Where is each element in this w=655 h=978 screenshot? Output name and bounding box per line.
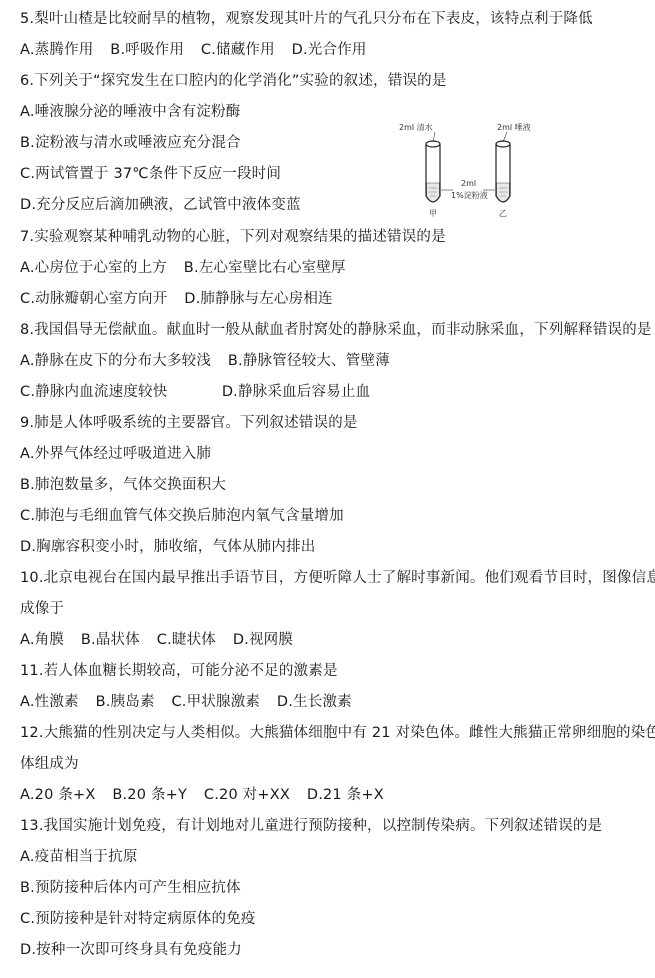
option-d: D.21 条+X [307,786,384,804]
question-10-stem-line1: 10.北京电视台在国内最早推出手语节目，方便听障人士了解时事新闻。他们观看节目时… [20,569,655,587]
label-clear-water: 2ml 清水 [399,122,433,132]
option-d: D.光合作用 [292,41,367,59]
option-b: B.胰岛素 [96,693,155,711]
question-8-options-cd: C.静脉内血流速度较快 D.静脉采血后容易止血 [20,383,382,401]
label-yi: 乙 [499,209,507,218]
option-a: A.角膜 [20,631,64,649]
question-9-option-a: A.外界气体经过呼吸道进入肺 [20,445,211,463]
option-a: A.20 条+X [20,786,96,804]
question-6-stem: 6.下列关于“探究发生在口腔内的化学消化”实验的叙述，错误的是 [20,72,447,90]
test-tube-figure: 2ml 清水 2ml 唾液 2ml 1%淀粉液 甲 乙 [385,118,545,218]
option-d: D.生长激素 [277,693,352,711]
option-c: C.静脉内血流速度较快 [20,383,205,401]
question-7-options-ab: A.心房位于心室的上方 B.左心室壁比右心室壁厚 [20,259,358,277]
question-13-option-c: C.预防接种是针对特定病原体的免疫 [20,910,256,928]
label-starch: 1%淀粉液 [451,190,488,200]
question-6-option-b: B.淀粉液与清水或唾液应充分混合 [20,134,241,152]
question-10-stem-line2: 成像于 [20,600,64,618]
option-b: B.呼吸作用 [110,41,184,59]
question-9-stem: 9.肺是人体呼吸系统的主要器官。下列叙述错误的是 [20,414,358,432]
question-5-stem: 5.梨叶山楂是比较耐旱的植物，观察发现其叶片的气孔只分布在下表皮，该特点利于降低 [20,10,593,28]
question-9-option-c: C.肺泡与毛细血管气体交换后肺泡内氧气含量增加 [20,507,344,525]
question-5-options: A.蒸腾作用 B.呼吸作用 C.储藏作用 D.光合作用 [20,41,379,59]
question-12-stem-line1: 12.大熊猫的性别决定与人类相似。大熊猫体细胞中有 21 对染色体。雌性大熊猫正… [20,724,655,742]
question-11-options: A.性激素 B.胰岛素 C.甲状腺激素 D.生长激素 [20,693,364,711]
label-saliva: 2ml 唾液 [497,122,531,132]
question-9-option-b: B.肺泡数量多，气体交换面积大 [20,476,226,494]
question-12-stem-line2: 体组成为 [20,755,79,773]
option-d: D.静脉采血后容易止血 [222,383,370,401]
question-12-options: A.20 条+X B.20 条+Y C.20 对+XX D.21 条+X [20,786,396,804]
question-9-option-d: D.胸廓容积变小时，肺收缩，气体从肺内排出 [20,538,315,556]
label-jia: 甲 [429,209,437,218]
option-b: B.静脉管径较大、管壁薄 [228,352,390,370]
option-a: A.蒸腾作用 [20,41,93,59]
option-a: A.静脉在皮下的分布大多较浅 [20,352,211,370]
test-tube-jia [426,141,440,202]
question-7-options-cd: C.动脉瓣朝心室方向开 D.肺静脉与左心房相连 [20,290,345,308]
option-b: B.晶状体 [81,631,140,649]
test-tubes-illustration: 2ml 清水 2ml 唾液 2ml 1%淀粉液 甲 乙 [385,118,545,218]
question-6-option-a: A.唾液腺分泌的唾液中含有淀粉酶 [20,103,240,121]
question-6-option-d: D.充分反应后滴加碘液，乙试管中液体变蓝 [20,196,301,214]
question-11-stem: 11.若人体血糖长期较高，可能分泌不足的激素是 [20,662,338,680]
question-13-option-b: B.预防接种后体内可产生相应抗体 [20,879,241,897]
option-b: B.左心室壁比右心室壁厚 [184,259,346,277]
question-13-stem: 13.我国实施计划免疫，有计划地对儿童进行预防接种，以控制传染病。下列叙述错误的… [20,817,602,835]
option-d: D.视网膜 [233,631,293,649]
option-c: C.动脉瓣朝心室方向开 [20,290,167,308]
option-c: C.睫状体 [157,631,216,649]
option-b: B.20 条+Y [112,786,187,804]
question-8-stem: 8.我国倡导无偿献血。献血时一般从献血者肘窝处的静脉采血，而非动脉采血，下列解释… [20,321,652,339]
option-c: C.20 对+XX [204,786,290,804]
label-2ml: 2ml [461,179,476,188]
question-13-option-a: A.疫苗相当于抗原 [20,848,138,866]
question-8-options-ab: A.静脉在皮下的分布大多较浅 B.静脉管径较大、管壁薄 [20,352,402,370]
option-d: D.肺静脉与左心房相连 [184,290,332,308]
question-13-option-d: D.按种一次即可终身具有免疫能力 [20,941,242,959]
option-c: C.甲状腺激素 [171,693,260,711]
question-6-option-c: C.两试管置于 37℃条件下反应一段时间 [20,165,281,183]
question-7-stem: 7.实验观察某种哺乳动物的心脏，下列对观察结果的描述错误的是 [20,228,446,246]
option-c: C.储藏作用 [201,41,275,59]
question-10-options: A.角膜 B.晶状体 C.睫状体 D.视网膜 [20,631,305,649]
option-a: A.性激素 [20,693,79,711]
option-a: A.心房位于心室的上方 [20,259,167,277]
test-tube-yi [496,141,510,202]
